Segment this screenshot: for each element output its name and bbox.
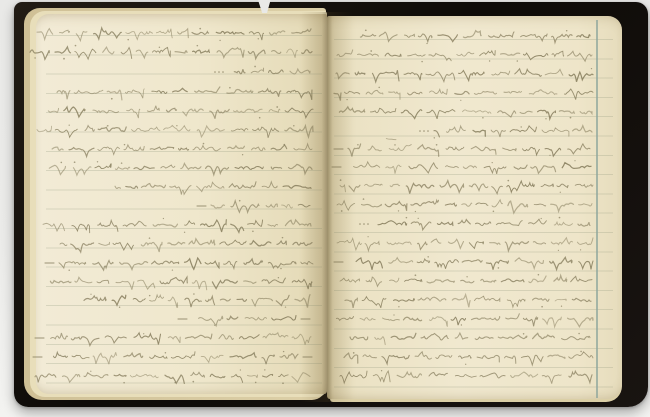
left-page-ruled-lines (46, 35, 322, 399)
right-page (327, 16, 622, 399)
photo-open-notebook (0, 0, 650, 417)
right-page-margin-line (596, 20, 598, 398)
right-page-ruled-lines (334, 39, 613, 399)
left-page (36, 14, 327, 394)
